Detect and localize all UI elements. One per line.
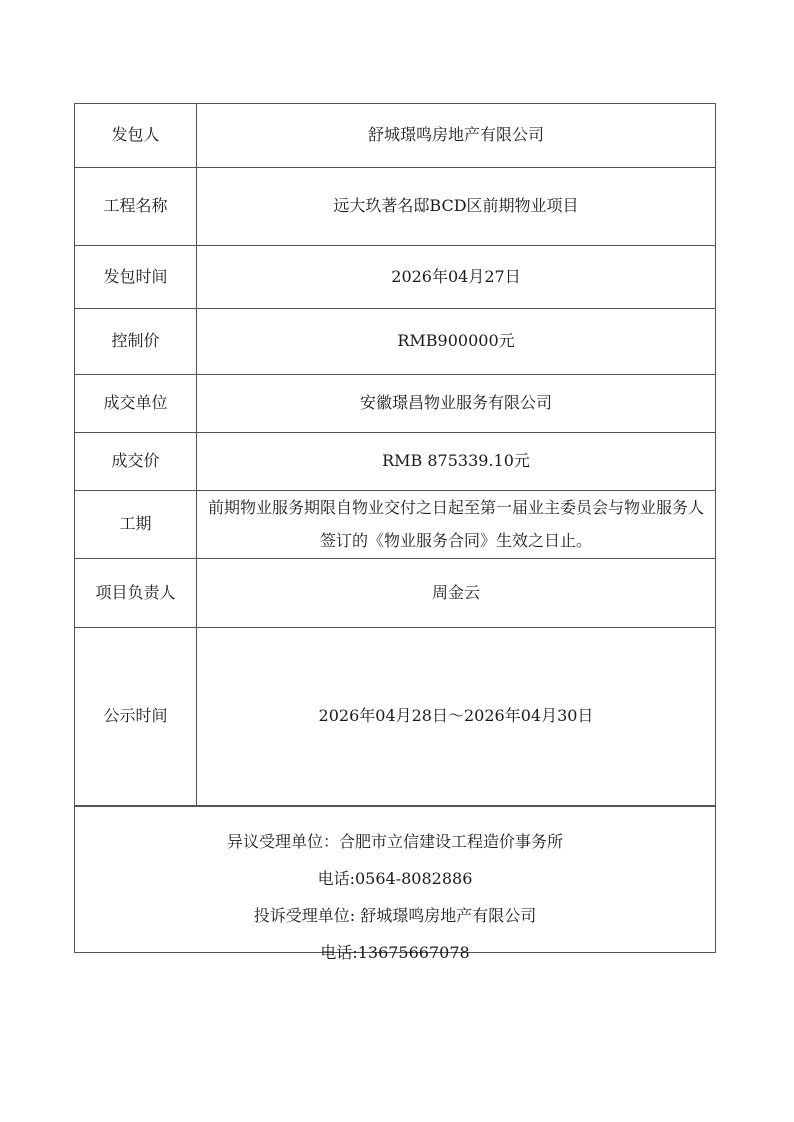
value-control-price: RMB900000元 [197, 308, 716, 374]
label-publicity-period: 公示时间 [75, 627, 197, 805]
value-winning-bidder: 安徽璟昌物业服务有限公司 [197, 374, 716, 432]
value-contractor: 舒城璟鸣房地产有限公司 [197, 104, 716, 167]
table-row-winning-bidder: 成交单位 安徽璟昌物业服务有限公司 [75, 374, 715, 432]
label-duration: 工期 [75, 490, 197, 558]
value-tender-date: 2026年04月27日 [197, 245, 716, 308]
objection-unit: 异议受理单位：合肥市立信建设工程造价事务所 [75, 823, 715, 860]
contact-footer: 异议受理单位：合肥市立信建设工程造价事务所 电话:0564-8082886 投诉… [75, 806, 715, 952]
label-contractor: 发包人 [75, 104, 197, 167]
label-control-price: 控制价 [75, 308, 197, 374]
table-row-contractor: 发包人 舒城璟鸣房地产有限公司 [75, 104, 715, 167]
objection-phone: 电话:0564-8082886 [75, 860, 715, 897]
table-row-tender-date: 发包时间 2026年04月27日 [75, 245, 715, 308]
value-publicity-period: 2026年04月28日～2026年04月30日 [197, 627, 716, 805]
award-notice-table: 发包人 舒城璟鸣房地产有限公司 工程名称 远大玖著名邸BCD区前期物业项目 发包… [74, 103, 716, 953]
info-table: 发包人 舒城璟鸣房地产有限公司 工程名称 远大玖著名邸BCD区前期物业项目 发包… [75, 104, 715, 806]
label-project-manager: 项目负责人 [75, 558, 197, 627]
table-row-winning-price: 成交价 RMB 875339.10元 [75, 432, 715, 490]
value-winning-price: RMB 875339.10元 [197, 432, 716, 490]
value-duration: 前期物业服务期限自物业交付之日起至第一届业主委员会与物业服务人签订的《物业服务合… [197, 490, 716, 558]
value-project-manager: 周金云 [197, 558, 716, 627]
complaint-phone: 电话:13675667078 [75, 934, 715, 971]
label-project-name: 工程名称 [75, 167, 197, 245]
table-row-project-manager: 项目负责人 周金云 [75, 558, 715, 627]
label-tender-date: 发包时间 [75, 245, 197, 308]
value-project-name: 远大玖著名邸BCD区前期物业项目 [197, 167, 716, 245]
table-row-duration: 工期 前期物业服务期限自物业交付之日起至第一届业主委员会与物业服务人签订的《物业… [75, 490, 715, 558]
label-winning-price: 成交价 [75, 432, 197, 490]
table-row-project-name: 工程名称 远大玖著名邸BCD区前期物业项目 [75, 167, 715, 245]
table-row-publicity-period: 公示时间 2026年04月28日～2026年04月30日 [75, 627, 715, 805]
complaint-unit: 投诉受理单位: 舒城璟鸣房地产有限公司 [75, 897, 715, 934]
label-winning-bidder: 成交单位 [75, 374, 197, 432]
table-row-control-price: 控制价 RMB900000元 [75, 308, 715, 374]
